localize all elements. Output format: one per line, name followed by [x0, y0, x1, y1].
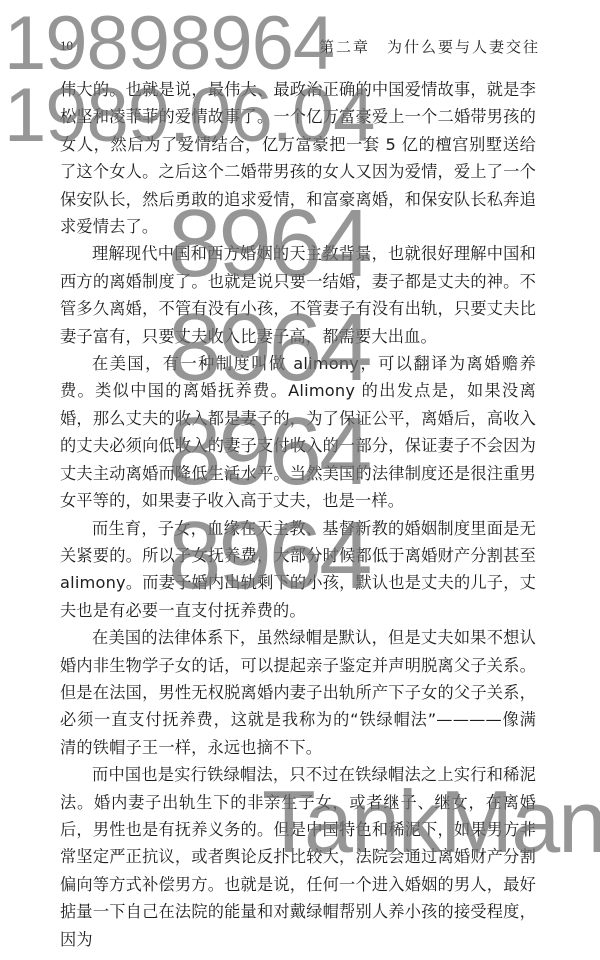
paragraph: 在美国的法律体系下，虽然绿帽是默认，但是丈夫如果不想认婚内非生物学子女的话，可以…: [60, 624, 536, 761]
body-text: 伟大的。也就是说，最伟大、最政治正确的中国爱情故事，就是李松坚和凌菲菲的爱情故事…: [60, 76, 536, 953]
paragraph: 在美国，有一种制度叫做 alimony，可以翻译为离婚赡养费。类似中国的离婚抚养…: [60, 350, 536, 514]
book-page: 10 第二章 为什么要与人妻交往 伟大的。也就是说，最伟大、最政治正确的中国爱情…: [0, 0, 600, 960]
paragraph: 而中国也是实行铁绿帽法，只不过在铁绿帽法之上实行和稀泥法。婚内妻子出轨生下的非亲…: [60, 761, 536, 953]
paragraph: 伟大的。也就是说，最伟大、最政治正确的中国爱情故事，就是李松坚和凌菲菲的爱情故事…: [60, 76, 536, 240]
running-header: 10 第二章 为什么要与人妻交往: [60, 36, 540, 60]
paragraph: 理解现代中国和西方婚姻的天主教背景，也就很好理解中国和西方的离婚制度了。也就是说…: [60, 240, 536, 350]
page-number: 10: [60, 38, 73, 54]
chapter-title: 第二章 为什么要与人妻交往: [319, 36, 540, 57]
paragraph: 而生育，子女，血缘在天主教、基督新教的婚姻制度里面是无关紧要的。所以子女抚养费，…: [60, 515, 536, 625]
